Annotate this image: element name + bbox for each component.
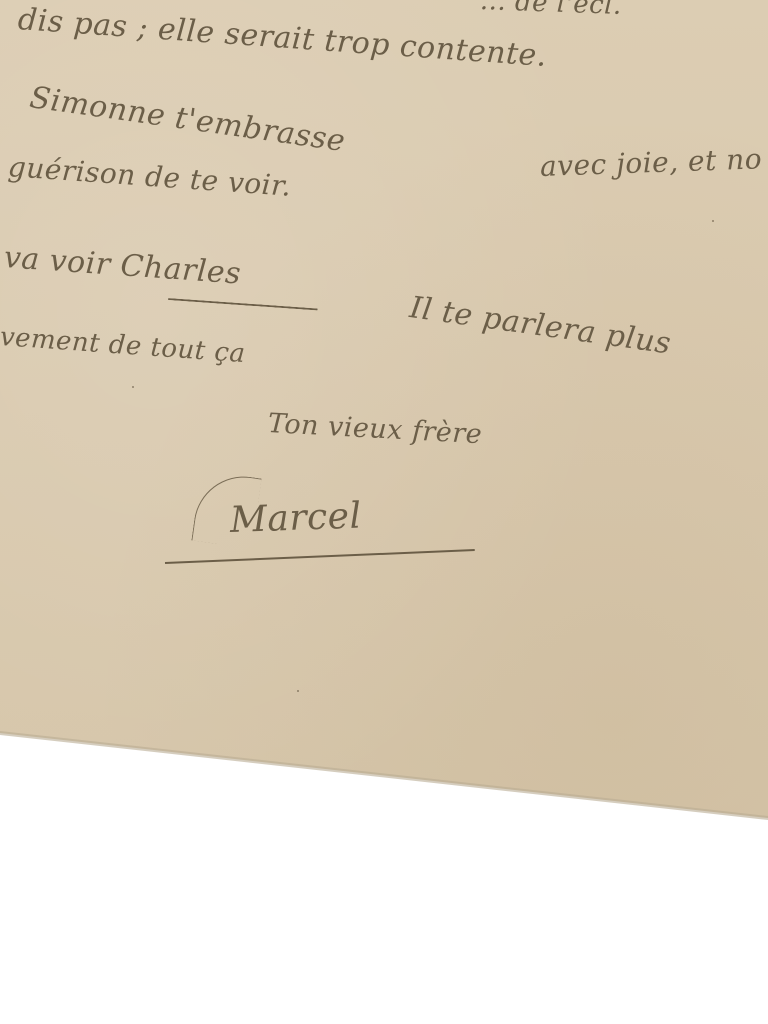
letter-line-5: vement de tout ça	[0, 322, 246, 369]
letter-line-2: Simonne t'embrasse	[28, 80, 348, 159]
letter-line-3-right: avec joie, et no	[539, 142, 762, 183]
closing-line: Ton vieux frère	[267, 408, 483, 450]
letter-paper: dis pas ; elle serait trop contente. ...…	[0, 0, 768, 1024]
letter-line-1: dis pas ; elle serait trop contente.	[17, 2, 548, 74]
ink-speck	[712, 220, 714, 222]
photo-stage: dis pas ; elle serait trop contente. ...…	[0, 0, 768, 1024]
letter-line-1-fragment: ... de l'écl.	[479, 0, 622, 21]
signature: Marcel	[229, 495, 362, 541]
charles-underline	[168, 298, 318, 310]
signature-underline	[165, 549, 475, 564]
letter-line-3: guérison de te voir.	[7, 150, 293, 203]
letter-line-4: va voir Charles	[3, 240, 242, 291]
ink-speck	[132, 386, 134, 388]
ink-speck	[297, 690, 299, 692]
letter-line-4-right: Il te parlera plus	[408, 290, 674, 361]
